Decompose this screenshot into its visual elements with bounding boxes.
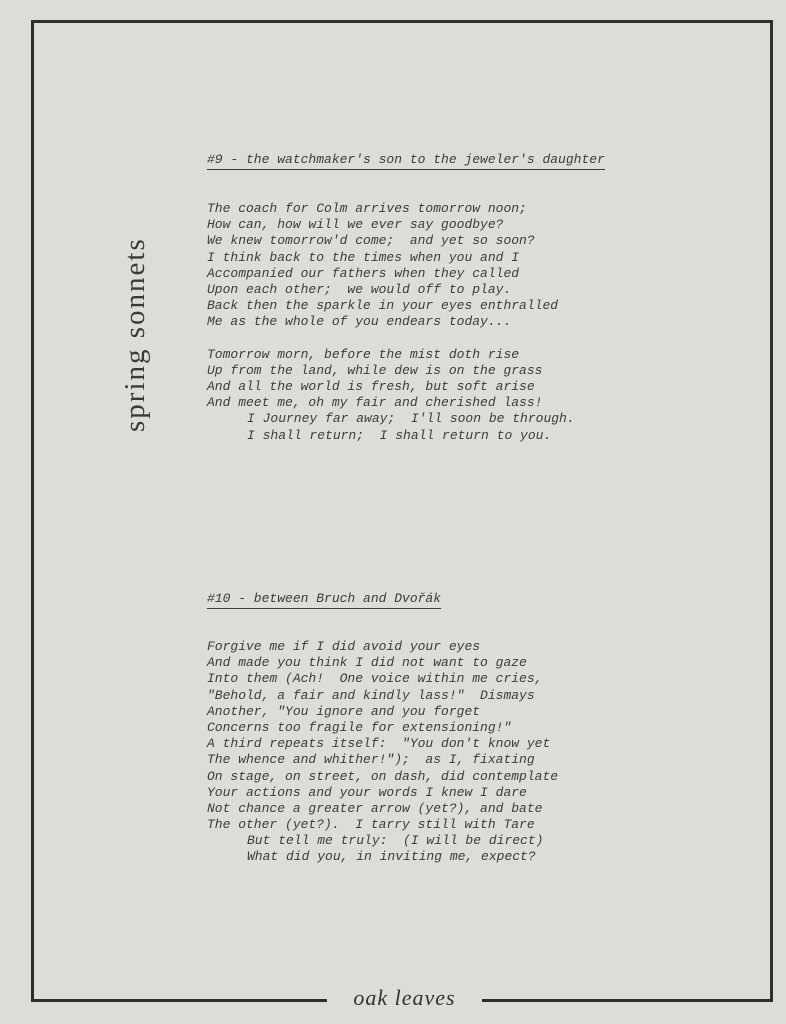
poem-line: And made you think I did not want to gaz… <box>207 655 558 671</box>
border-right <box>770 20 773 1002</box>
section-title: spring sonnets <box>117 237 153 432</box>
poem-line: The coach for Colm arrives tomorrow noon… <box>207 201 575 217</box>
poem-line: Upon each other; we would off to play. <box>207 282 575 298</box>
poem-line: The other (yet?). I tarry still with Tar… <box>207 817 558 833</box>
poem-line: We knew tomorrow'd come; and yet so soon… <box>207 233 575 249</box>
poem-line: I Journey far away; I'll soon be through… <box>207 411 575 427</box>
poem-line: Back then the sparkle in your eyes enthr… <box>207 298 575 314</box>
poem-line: I think back to the times when you and I <box>207 250 575 266</box>
border-bottom-left <box>31 999 327 1002</box>
poem-line: And meet me, oh my fair and cherished la… <box>207 395 575 411</box>
poem-line: Me as the whole of you endears today... <box>207 314 575 330</box>
poem-line: "Behold, a fair and kindly lass!" Dismay… <box>207 688 558 704</box>
poem-line: Concerns too fragile for extensioning!" <box>207 720 558 736</box>
poem-title: #10 - between Bruch and Dvořák <box>207 591 441 609</box>
poem-line: I shall return; I shall return to you. <box>207 428 575 444</box>
poem-line: Forgive me if I did avoid your eyes <box>207 639 558 655</box>
publication-title: oak leaves <box>327 984 482 1012</box>
poem-line: Tomorrow morn, before the mist doth rise <box>207 347 575 363</box>
poem-line: Up from the land, while dew is on the gr… <box>207 363 575 379</box>
poem-line: Not chance a greater arrow (yet?), and b… <box>207 801 558 817</box>
poem-body: Forgive me if I did avoid your eyesAnd m… <box>207 639 558 866</box>
poem-line: Into them (Ach! One voice within me crie… <box>207 671 558 687</box>
poem-body: The coach for Colm arrives tomorrow noon… <box>207 201 575 444</box>
stanza-break <box>207 331 575 347</box>
poem-line: How can, how will we ever say goodbye? <box>207 217 575 233</box>
border-top <box>31 20 773 23</box>
poem-line: The whence and whither!"); as I, fixatin… <box>207 752 558 768</box>
poem-line: What did you, in inviting me, expect? <box>207 849 558 865</box>
poem-line: A third repeats itself: "You don't know … <box>207 736 558 752</box>
poem-line: But tell me truly: (I will be direct) <box>207 833 558 849</box>
poem-line: Another, "You ignore and you forget <box>207 704 558 720</box>
poem-title: #9 - the watchmaker's son to the jeweler… <box>207 152 605 170</box>
border-bottom-right <box>482 999 773 1002</box>
poem-line: Accompanied our fathers when they called <box>207 266 575 282</box>
poem-line: Your actions and your words I knew I dar… <box>207 785 558 801</box>
border-left <box>31 20 34 1002</box>
poem-line: On stage, on street, on dash, did contem… <box>207 769 558 785</box>
poem-line: And all the world is fresh, but soft ari… <box>207 379 575 395</box>
